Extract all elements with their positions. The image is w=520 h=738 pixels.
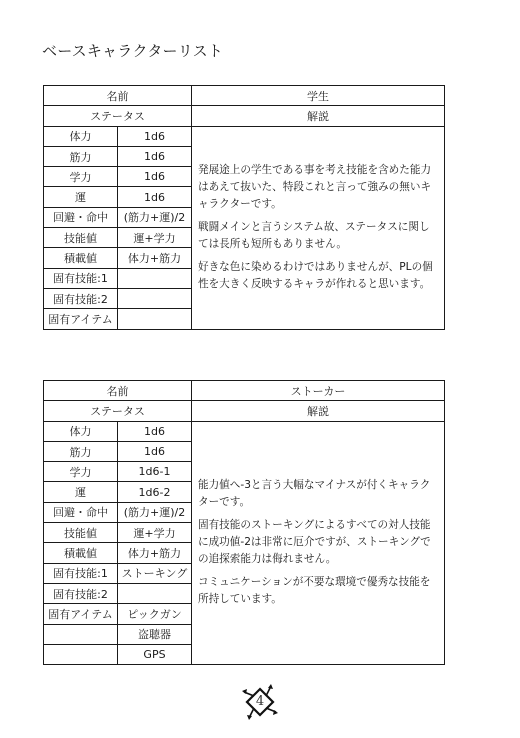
description-paragraph: 固有技能のストーキングによるすべての対人技能に成功値-2は非常に厄介ですが、スト… [198,517,440,568]
stat-label: 学力 [44,167,118,187]
status-label: ステータス [44,401,192,421]
stat-label: 固有技能:2 [44,288,118,308]
description-label: 解説 [192,401,445,421]
name-label: 名前 [44,381,192,401]
stat-value: 運+学力 [118,523,192,543]
stat-value: ピックガン [118,604,192,624]
character-name: ストーカー [192,381,445,401]
stat-row: 体力 1d6 能力値へ-3と言う大幅なマイナスが付くキャラクターです。 固有技能… [44,421,445,441]
stat-value: GPS [118,644,192,664]
stat-label: 固有アイテム [44,309,118,329]
stat-value: 体力+筋力 [118,248,192,268]
description-paragraph: 発展途上の学生である事を考え技能を含めた能力はあえて抜いた、特段これと言って強み… [198,162,440,213]
stat-label: 運 [44,482,118,502]
name-row: 名前 ストーカー [44,381,445,401]
description-text: 発展途上の学生である事を考え技能を含めた能力はあえて抜いた、特段これと言って強み… [192,126,445,329]
stat-label: 学力 [44,462,118,482]
stat-label: 固有アイテム [44,604,118,624]
page-number-ornament: 4 [238,680,282,730]
description-paragraph: 能力値へ-3と言う大幅なマイナスが付くキャラクターです。 [198,477,440,511]
description-paragraph: 好きな色に染めるわけではありませんが、PLの個性を大きく反映するキャラが作れると… [198,259,440,293]
status-label: ステータス [44,106,192,126]
stat-value [118,268,192,288]
description-paragraph: 戦闘メインと言うシステム故、ステータスに関しては長所も短所もありません。 [198,219,440,253]
stat-label: 体力 [44,421,118,441]
stat-value [118,583,192,603]
stat-value: ストーキング [118,563,192,583]
header-row: ステータス 解説 [44,106,445,126]
stat-label: 回避・命中 [44,502,118,522]
stat-value: (筋力+運)/2 [118,207,192,227]
stat-value: 1d6 [118,421,192,441]
stat-value [118,288,192,308]
stat-value: (筋力+運)/2 [118,502,192,522]
stat-value: 1d6 [118,146,192,166]
description-paragraph: コミュニケーションが不要な環境で優秀な技能を所持しています。 [198,574,440,608]
stat-label: 固有技能:1 [44,268,118,288]
stat-label [44,644,118,664]
stat-label: 筋力 [44,146,118,166]
stat-value: 1d6 [118,187,192,207]
stat-label: 体力 [44,126,118,146]
name-label: 名前 [44,86,192,106]
stat-value: 1d6-2 [118,482,192,502]
stat-value [118,309,192,329]
stat-value: 1d6-1 [118,462,192,482]
name-row: 名前 学生 [44,86,445,106]
stat-value: 盗聴器 [118,624,192,644]
header-row: ステータス 解説 [44,401,445,421]
stat-label: 筋力 [44,441,118,461]
character-table-stalker: 名前 ストーカー ステータス 解説 体力 1d6 能力値へ-3と言う大幅なマイナ… [43,380,445,665]
description-label: 解説 [192,106,445,126]
character-name: 学生 [192,86,445,106]
stat-value: 1d6 [118,126,192,146]
stat-row: 体力 1d6 発展途上の学生である事を考え技能を含めた能力はあえて抜いた、特段こ… [44,126,445,146]
stat-label: 積載値 [44,248,118,268]
stat-label: 運 [44,187,118,207]
page-title: ベースキャラクターリスト [42,40,223,61]
stat-value: 体力+筋力 [118,543,192,563]
stat-label: 積載値 [44,543,118,563]
stat-value: 運+学力 [118,228,192,248]
stat-value: 1d6 [118,167,192,187]
stat-value: 1d6 [118,441,192,461]
stat-label: 技能値 [44,523,118,543]
page-number: 4 [238,694,282,709]
character-table-student: 名前 学生 ステータス 解説 体力 1d6 発展途上の学生である事を考え技能を含… [43,85,445,330]
stat-label: 回避・命中 [44,207,118,227]
stat-label: 技能値 [44,228,118,248]
stat-label: 固有技能:2 [44,583,118,603]
stat-label [44,624,118,644]
description-text: 能力値へ-3と言う大幅なマイナスが付くキャラクターです。 固有技能のストーキング… [192,421,445,665]
stat-label: 固有技能:1 [44,563,118,583]
